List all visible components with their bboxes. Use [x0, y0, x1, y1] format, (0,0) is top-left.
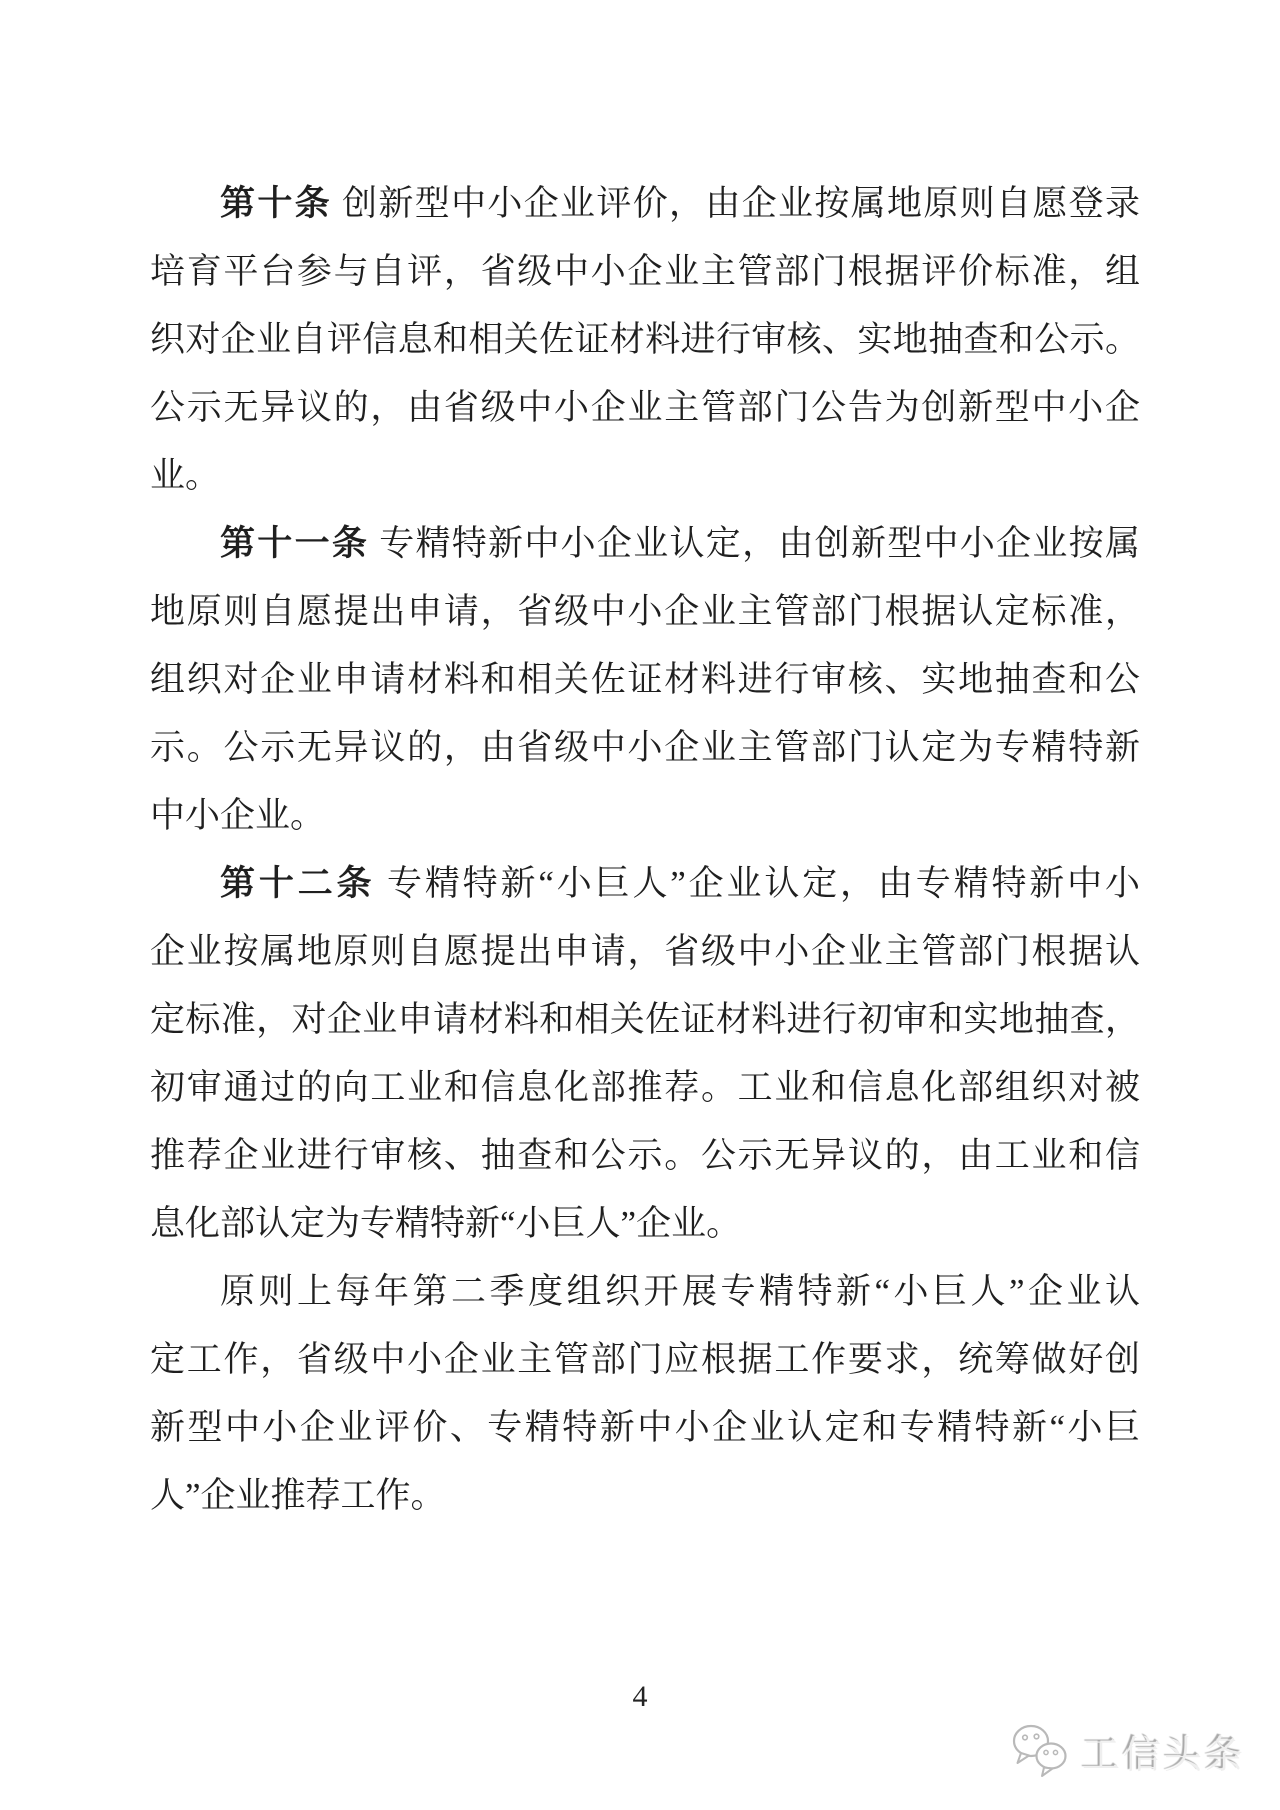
text-line: 定标准，对企业申请材料和相关佐证材料进行初审和实地抽查， [150, 986, 1140, 1054]
document-body: 第十条 创新型中小企业评价，由企业按属地原则自愿登录培育平台参与自评，省级中小企… [150, 170, 1140, 1530]
text-line: 第十二条 专精特新“小巨人”企业认定，由专精特新中小 [150, 850, 1140, 918]
text-line: 息化部认定为专精特新“小巨人”企业。 [150, 1190, 1140, 1258]
text-line: 地原则自愿提出申请，省级中小企业主管部门根据认定标准， [150, 578, 1140, 646]
watermark-brand: 工信头条 [1082, 1724, 1246, 1779]
text-line: 示。公示无异议的，由省级中小企业主管部门认定为专精特新 [150, 714, 1140, 782]
text-line: 定工作，省级中小企业主管部门应根据工作要求，统筹做好创 [150, 1326, 1140, 1394]
article-number: 第十一条 [220, 524, 369, 563]
text-line: 培育平台参与自评，省级中小企业主管部门根据评价标准，组 [150, 238, 1140, 306]
watermark: 工信头条 [1008, 1722, 1246, 1780]
text-line: 推荐企业进行审核、抽查和公示。公示无异议的，由工业和信 [150, 1122, 1140, 1190]
text-line: 中小企业。 [150, 782, 1140, 850]
wechat-icon [1008, 1722, 1072, 1780]
article-number: 第十条 [220, 184, 332, 223]
text-line: 新型中小企业评价、专精特新中小企业认定和专精特新“小巨 [150, 1394, 1140, 1462]
text-line: 业。 [150, 442, 1140, 510]
page-number: 4 [0, 1680, 1280, 1714]
text-line: 人”企业推荐工作。 [150, 1462, 1140, 1530]
text-line: 织对企业自评信息和相关佐证材料进行审核、实地抽查和公示。 [150, 306, 1140, 374]
text-line: 企业按属地原则自愿提出申请，省级中小企业主管部门根据认 [150, 918, 1140, 986]
text-line: 第十条 创新型中小企业评价，由企业按属地原则自愿登录 [150, 170, 1140, 238]
text-line: 原则上每年第二季度组织开展专精特新“小巨人”企业认 [150, 1258, 1140, 1326]
text-line: 公示无异议的，由省级中小企业主管部门公告为创新型中小企 [150, 374, 1140, 442]
text-line: 第十一条 专精特新中小企业认定，由创新型中小企业按属 [150, 510, 1140, 578]
document-page: 第十条 创新型中小企业评价，由企业按属地原则自愿登录培育平台参与自评，省级中小企… [0, 0, 1280, 1810]
text-line: 初审通过的向工业和信息化部推荐。工业和信息化部组织对被 [150, 1054, 1140, 1122]
article-number: 第十二条 [220, 864, 375, 903]
text-line: 组织对企业申请材料和相关佐证材料进行审核、实地抽查和公 [150, 646, 1140, 714]
